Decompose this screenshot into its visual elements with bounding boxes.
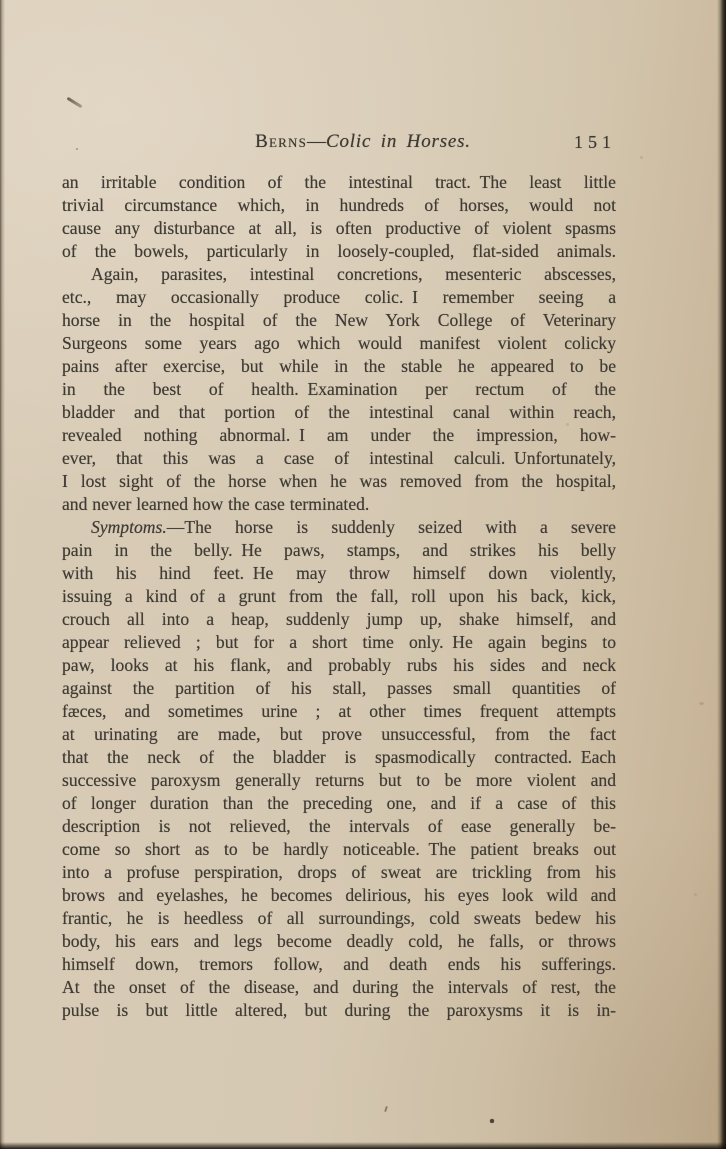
text-line: crouch all into a heap, suddenly jump up… xyxy=(62,608,616,631)
text-line: frantic, he is heedless of all surroundi… xyxy=(62,907,616,930)
text-line: bladder and that portion of the intestin… xyxy=(62,401,616,424)
text-line: of the bowels, particularly in loosely-c… xyxy=(62,240,616,263)
running-head-title: Berns—Colic in Horses. xyxy=(255,131,471,153)
text-line: an irritable condition of the intestinal… xyxy=(62,171,616,194)
text-line: Surgeons some years ago which would mani… xyxy=(62,332,616,355)
text-line: pains after exercise, but while in the s… xyxy=(62,355,616,378)
text-line: ever, that this was a case of intestinal… xyxy=(62,447,616,470)
page-body-text: an irritable condition of the intestinal… xyxy=(62,171,616,1022)
text-line: horse in the hospital of the New York Co… xyxy=(62,309,616,332)
text-line: I lost sight of the horse when he was re… xyxy=(62,470,616,493)
text-line: himself down, tremors follow, and death … xyxy=(62,953,616,976)
text-line: with his hind feet. He may throw himself… xyxy=(62,562,616,585)
page-edge-right xyxy=(717,0,726,1149)
text-line: etc., may occasionally produce colic. I … xyxy=(62,286,616,309)
text-line: cause any disturbance at all, is often p… xyxy=(62,217,616,240)
text-line: in the best of health. Examination per r… xyxy=(62,378,616,401)
page-edge-bottom xyxy=(0,1142,726,1149)
text-line: at urinating are made, but prove unsucce… xyxy=(62,723,616,746)
text-line: At the onset of the disease, and during … xyxy=(62,976,616,999)
text-line: pulse is but little altered, but during … xyxy=(62,999,616,1022)
text-line: pain in the belly. He paws, stamps, and … xyxy=(62,539,616,562)
page-edge-left xyxy=(0,0,5,1149)
text-line: description is not relieved, the interva… xyxy=(62,815,616,838)
italic-lead: Symptoms. xyxy=(91,517,167,537)
text-line: brows and eyelashes, he becomes deliriou… xyxy=(62,884,616,907)
header-dash: — xyxy=(307,131,326,152)
text-line: trivial circumstance which, in hundreds … xyxy=(62,194,616,217)
text-line: revealed nothing abnormal. I am under th… xyxy=(62,424,616,447)
paragraph: Symptoms.—The horse is suddenly seized w… xyxy=(62,516,616,1022)
header-title-italic: Colic in Horses. xyxy=(326,131,471,152)
text-line: appear relieved ; but for a short time o… xyxy=(62,631,616,654)
text-line: fæces, and sometimes urine ; at other ti… xyxy=(62,700,616,723)
text-line: come so short as to be hardly noticeable… xyxy=(62,838,616,861)
text-line: successive paroxysm generally returns bu… xyxy=(62,769,616,792)
text-line: into a profuse perspiration, drops of sw… xyxy=(62,861,616,884)
text-line: Symptoms.—The horse is suddenly seized w… xyxy=(62,516,616,539)
text-line: body, his ears and legs become deadly co… xyxy=(62,930,616,953)
text-line: issuing a kind of a grunt from the fall,… xyxy=(62,585,616,608)
text-line: of longer duration than the preceding on… xyxy=(62,792,616,815)
running-header: Berns—Colic in Horses. 151 xyxy=(62,131,616,159)
paragraph: Again, parasites, intestinal concretions… xyxy=(62,263,616,516)
scanned-book-page: { "page": { "header": { "author": "Berns… xyxy=(0,0,726,1149)
page-number: 151 xyxy=(574,132,616,153)
text-line: against the partition of his stall, pass… xyxy=(62,677,616,700)
text-line: that the neck of the bladder is spasmodi… xyxy=(62,746,616,769)
text-line: and never learned how the case terminate… xyxy=(62,493,616,516)
text-line: paw, looks at his flank, and probably ru… xyxy=(62,654,616,677)
header-author: Berns xyxy=(255,131,307,152)
paragraph: an irritable condition of the intestinal… xyxy=(62,171,616,263)
text-line: Again, parasites, intestinal concretions… xyxy=(62,263,616,286)
